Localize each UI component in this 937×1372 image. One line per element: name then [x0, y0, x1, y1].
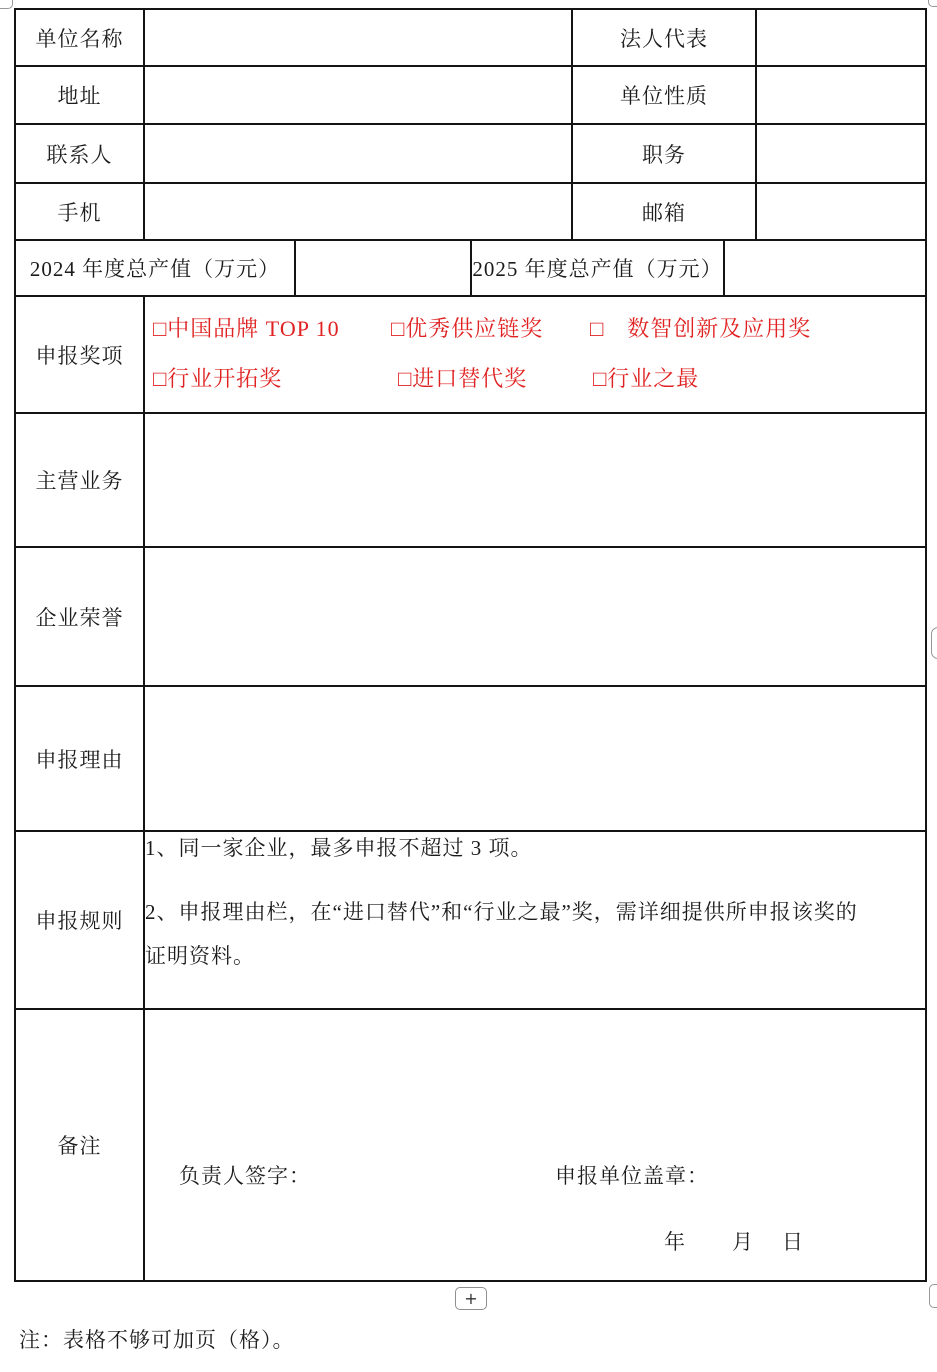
label-awards: 申报奖项	[15, 296, 144, 413]
award-checkbox-china-brand-top10[interactable]: □中国品牌 TOP 10	[153, 312, 340, 343]
awards-options-cell: □中国品牌 TOP 10 □优秀供应链奖 □ 数智创新及应用奖 □行业开拓奖 □…	[144, 296, 926, 413]
mobile-input[interactable]	[144, 183, 572, 240]
label-remarks: 备注	[15, 1009, 144, 1281]
label-contact-person: 联系人	[15, 124, 144, 183]
date-day-label: 日	[782, 1226, 803, 1256]
label-company-honors: 企业荣誉	[15, 547, 144, 686]
seal-label: 申报单位盖章：	[555, 1160, 709, 1190]
award-checkbox-digital-innovation[interactable]: □ 数智创新及应用奖	[590, 312, 811, 343]
label-unit-nature: 单位性质	[572, 66, 756, 124]
award-checkbox-industry-pioneer[interactable]: □行业开拓奖	[153, 362, 282, 393]
label-mobile: 手机	[15, 183, 144, 240]
table-row: 备注 负责人签字： 申报单位盖章： 年 月 日	[15, 1009, 926, 1281]
rule-line-2: 2、申报理由栏，在“进口替代”和“行业之最”奖，需详细提供所申报该奖的证明资料。	[145, 890, 875, 978]
label-application-rules: 申报规则	[15, 831, 144, 1009]
plus-icon: +	[464, 1289, 477, 1308]
table-row: 申报理由	[15, 686, 926, 831]
label-output-2024: 2024 年度总产值（万元）	[15, 240, 295, 296]
table-row: 申报奖项 □中国品牌 TOP 10 □优秀供应链奖 □ 数智创新及应用奖 □行业…	[15, 296, 926, 413]
table-row: 申报规则 1、同一家企业，最多申报不超过 3 项。 2、申报理由栏，在“进口替代…	[15, 831, 926, 1009]
table-row: 联系人 职务	[15, 124, 926, 183]
signature-label: 负责人签字：	[179, 1160, 311, 1190]
table-row: 企业荣誉	[15, 547, 926, 686]
remarks-cell[interactable]: 负责人签字： 申报单位盖章： 年 月 日	[144, 1009, 926, 1281]
rule-line-1: 1、同一家企业，最多申报不超过 3 项。	[145, 832, 925, 864]
label-address: 地址	[15, 66, 144, 124]
label-legal-representative: 法人代表	[572, 9, 756, 66]
table-row: 2024 年度总产值（万元） 2025 年度总产值（万元）	[15, 240, 926, 296]
label-position: 职务	[572, 124, 756, 183]
main-business-input[interactable]	[144, 413, 926, 547]
table-row: 地址 单位性质	[15, 66, 926, 124]
table-row: 单位名称 法人代表	[15, 9, 926, 66]
award-checkbox-import-substitution[interactable]: □进口替代奖	[398, 362, 527, 393]
award-checkbox-industry-best[interactable]: □行业之最	[593, 362, 699, 393]
label-unit-name: 单位名称	[15, 9, 144, 66]
label-email: 邮箱	[572, 183, 756, 240]
label-main-business: 主营业务	[15, 413, 144, 547]
output-2025-input[interactable]	[724, 240, 926, 296]
document-page: 单位名称 法人代表 地址 单位性质 联系人 职务 手机 邮箱 2024 年度总产…	[0, 0, 937, 1372]
label-output-2025: 2025 年度总产值（万元）	[471, 240, 724, 296]
company-honors-input[interactable]	[144, 547, 926, 686]
award-checkbox-supply-chain[interactable]: □优秀供应链奖	[391, 312, 543, 343]
add-row-button[interactable]: +	[455, 1287, 487, 1310]
date-month-label: 月	[732, 1226, 753, 1256]
table-row: 主营业务	[15, 413, 926, 547]
table-handle-right-button[interactable]	[931, 627, 937, 659]
address-input[interactable]	[144, 66, 572, 124]
output-2024-input[interactable]	[295, 240, 471, 296]
date-year-label: 年	[664, 1226, 685, 1256]
table-handle-top-right-button[interactable]	[928, 0, 937, 7]
application-form-table: 单位名称 法人代表 地址 单位性质 联系人 职务 手机 邮箱 2024 年度总产…	[14, 8, 927, 1282]
label-application-reason: 申报理由	[15, 686, 144, 831]
table-row: 手机 邮箱	[15, 183, 926, 240]
unit-nature-input[interactable]	[756, 66, 926, 124]
position-input[interactable]	[756, 124, 926, 183]
legal-representative-input[interactable]	[756, 9, 926, 66]
application-rules-text-cell: 1、同一家企业，最多申报不超过 3 项。 2、申报理由栏，在“进口替代”和“行业…	[144, 831, 926, 1009]
contact-person-input[interactable]	[144, 124, 572, 183]
application-reason-input[interactable]	[144, 686, 926, 831]
email-input[interactable]	[756, 183, 926, 240]
unit-name-input[interactable]	[144, 9, 572, 66]
table-handle-bottom-right-button[interactable]	[929, 1284, 937, 1308]
footnote-text: 注：表格不够可加页（格）。	[19, 1324, 295, 1354]
table-handle-top-left-button[interactable]	[0, 0, 13, 9]
